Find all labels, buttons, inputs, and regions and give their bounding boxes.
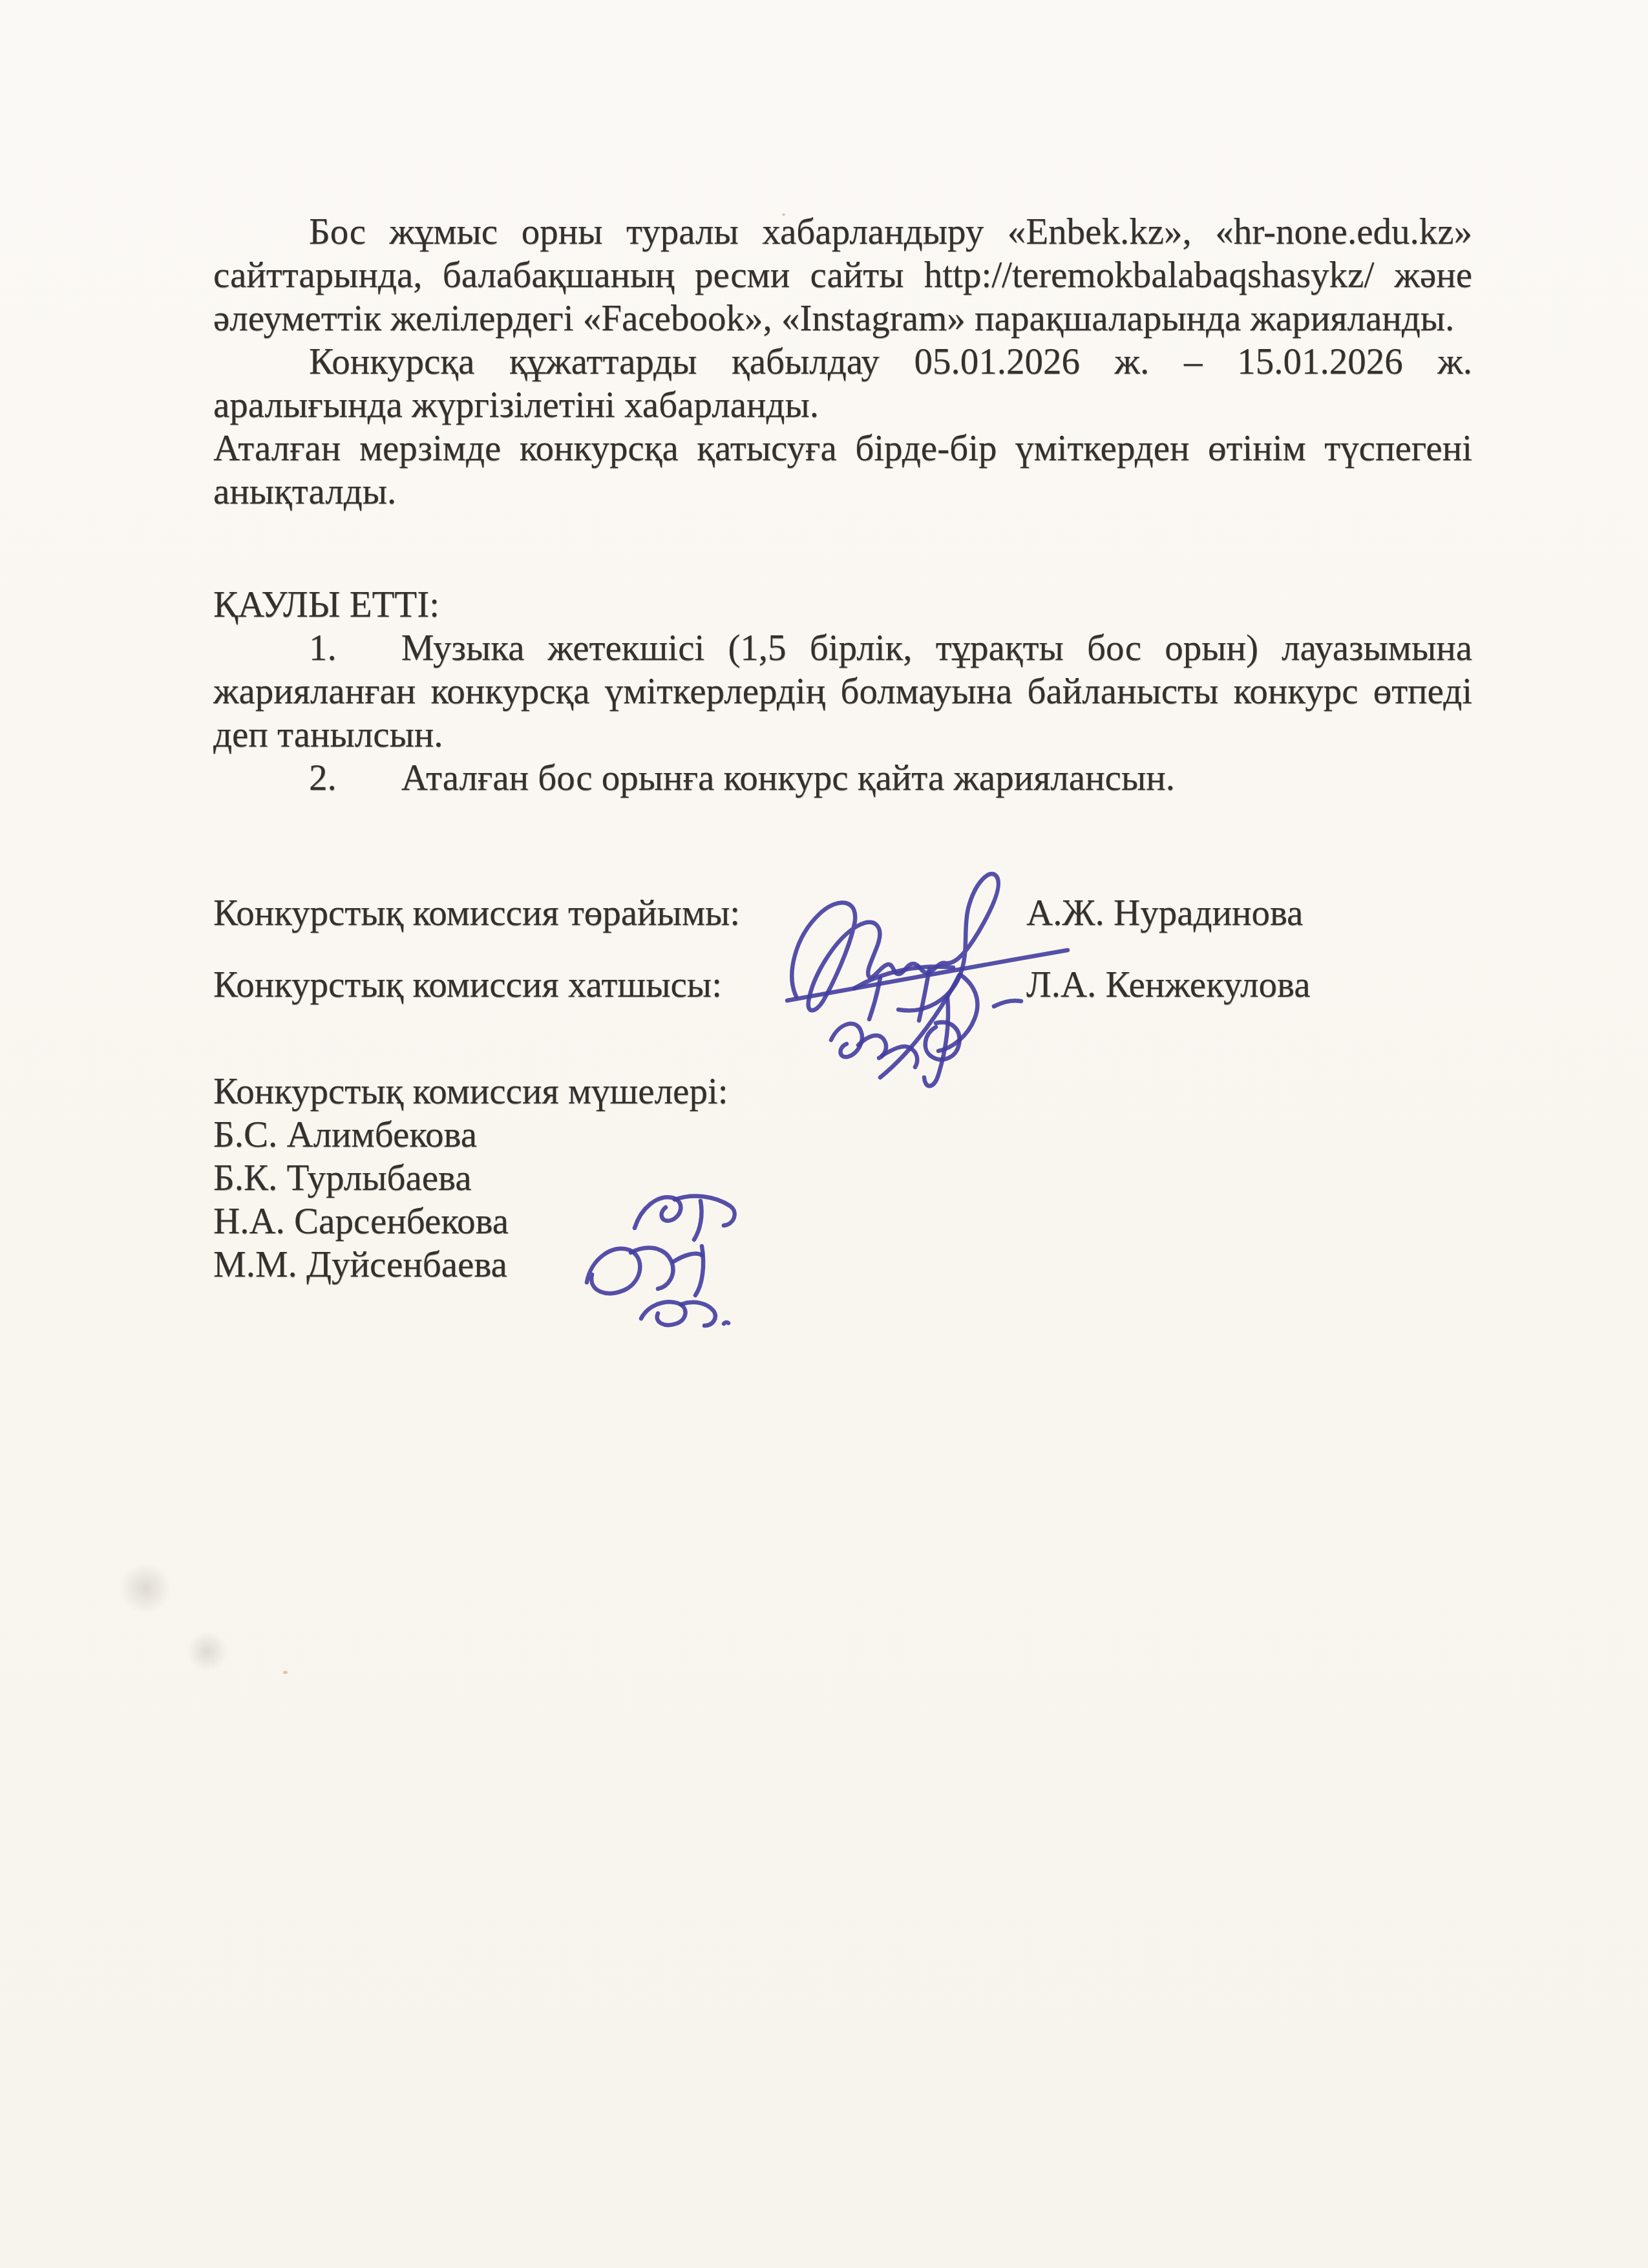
signatory-role: Конкурстық комиссия төрайымы: [213, 893, 740, 933]
signature-secretary-ink [821, 947, 1041, 1096]
member-name: Н.А. Сарсенбекова [213, 1200, 1472, 1243]
member-name: М.М. Дуйсенбаева [213, 1243, 1472, 1286]
paragraph-dates: Конкурсқа құжаттарды қабылдау 05.01.2026… [213, 340, 1472, 427]
paper-smudge [187, 1632, 227, 1671]
paper-smudge [120, 1564, 171, 1613]
document-body: Бос жұмыс орны туралы хабарландыру «Enbe… [213, 210, 1472, 1286]
scanned-document-page: Бос жұмыс орны туралы хабарландыру «Enbe… [0, 0, 1648, 2268]
member-name: Б.К. Турлыбаева [213, 1156, 1472, 1200]
signature-members-ink [569, 1178, 763, 1346]
paragraph-no-applicants: Аталған мерзімде конкурсқа қатысуға бірд… [213, 427, 1472, 513]
resolution-item-2: 2.Аталған бос орынға конкурс қайта жария… [213, 756, 1472, 800]
item-number: 2. [309, 758, 337, 798]
paper-speck [283, 1671, 288, 1674]
paragraph-announcement: Бос жұмыс орны туралы хабарландыру «Enbe… [213, 210, 1472, 340]
item-text: Аталған бос орынға конкурс қайта жарияла… [401, 758, 1175, 798]
resolution-item-1: 1.Музыка жетекшісі (1,5 бірлік, тұрақты … [213, 626, 1472, 756]
item-number: 1. [309, 628, 337, 668]
signatory-role: Конкурстық комиссия хатшысы: [213, 964, 722, 1005]
item-text: Музыка жетекшісі (1,5 бірлік, тұрақты бо… [213, 628, 1472, 755]
paper-speck [782, 213, 785, 216]
resolution-heading: ҚАУЛЫ ЕТТІ: [213, 583, 1472, 626]
member-name: Б.С. Алимбекова [213, 1113, 1472, 1156]
